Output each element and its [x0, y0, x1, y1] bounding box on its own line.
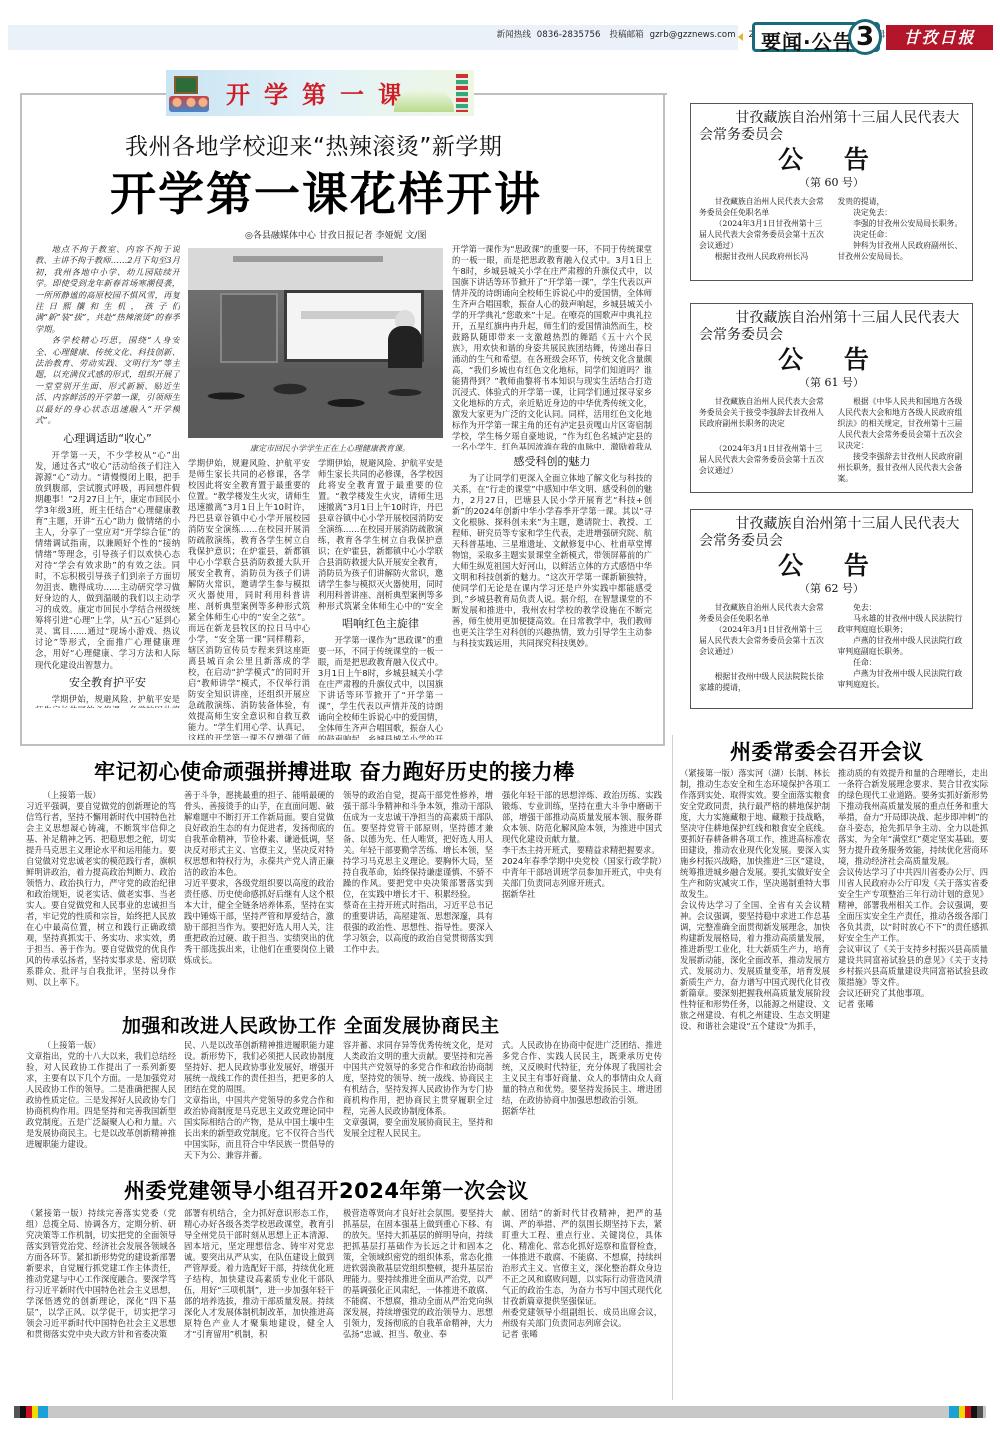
newspaper-logo: 甘孜日报	[886, 25, 993, 50]
photo-banner-strip	[233, 256, 383, 262]
article-body: （紧接第一版）持续完善落实党委（党组）总揽全局、协调各方，定期分析、研究决策等工…	[26, 1208, 176, 1340]
notice-text: （2024年3月1日甘孜州第十三届人民代表大会常务委员会第十五次会议通过）	[699, 218, 826, 251]
article-body: （紧接第一版）落实河（湖）长制、林长制，推动生态安全和生态环境保护各项工作落到实…	[680, 768, 830, 1032]
section-body: 开学第一课作为“思政课”的重要一环，不同于传统课堂的一板一眼，而是把思政教育融入…	[452, 244, 652, 450]
article-body: 式。人民政协在协商中促进广泛团结、推进多党合作、实践人民民主，既秉承历史传统，又…	[502, 1040, 662, 1117]
classroom-photo	[188, 248, 443, 438]
article-body: 领导的政治自觉，提高干部党性修养，增强干部斗争精神和斗争本领，推动干部队伍成为一…	[343, 790, 493, 955]
article-3-column-3: 极营造尊贤向才良好社会氛围。要坚持大抓基层，在固本强基上做到重心下移、有的放矢。…	[343, 1208, 493, 1398]
article-1-column-2: 善于斗争，愿挑最重的担子、能啃最硬的骨头、善接烫手的山芋，在直面问题、破解难题中…	[184, 790, 334, 1000]
hotline-number: 0836-2835756	[537, 30, 601, 40]
notice-title: 公 告	[699, 146, 964, 174]
notice-number: （第 61 号）	[699, 374, 964, 390]
column-divider	[672, 735, 673, 1400]
notice-org: 甘孜藏族自治州第十三届人民代表大会常务委员会	[699, 110, 964, 144]
notice-text: 根据甘孜州中级人民法院院长徐家雄的提请，	[699, 671, 826, 693]
article-2-column-4: 式。人民政协在协商中促进广泛团结、推进多党合作、实践人民民主，既秉承历史传统，又…	[502, 1040, 662, 1164]
photo-blackboard	[220, 293, 278, 363]
banner-title: 开学第一课	[226, 75, 416, 110]
notice-text: 决定任命：	[838, 229, 965, 240]
notice-text: （2024年3月1日甘孜州第十三届人民代表大会常务委员会第十五次会议通过）	[699, 624, 826, 657]
grass-illustration-icon	[394, 90, 454, 112]
article-title: 州委党建领导小组召开2024年第一次会议	[124, 1175, 528, 1205]
article-title: 州委常委会召开会议	[730, 736, 924, 766]
feature-headline: 开学第一课花样开讲	[110, 158, 542, 224]
notice-62: 甘孜藏族自治州第十三届人民代表大会常务委员会 公 告 （第 62 号） 甘孜藏族…	[690, 509, 973, 709]
article-body: （上接第一版） 文章指出，党的十八大以来，我们总结经验，对人民政协工作提出了一系…	[26, 1040, 176, 1150]
feature-column-4: 开学第一课作为“思政课”的重要一环，不同于传统课堂的一板一眼，而是把思政教育融入…	[452, 244, 652, 744]
color-swatch	[977, 1406, 983, 1418]
notice-title: 公 告	[699, 346, 964, 374]
article-3-column-2: 部署有机结合，全力抓好意识形态工作，精心办好各级各类学校思政课堂，教育引导全州党…	[184, 1208, 334, 1398]
notice-text: 决定免去：	[838, 207, 965, 218]
notice-61: 甘孜藏族自治州第十三届人民代表大会常务委员会 公 告 （第 61 号） 甘孜藏族…	[690, 303, 973, 493]
lead-paragraph: 各学校精心巧思，围绕“人身安全、心理健康、传统文化、科技创新、法治教育、劳动实践…	[35, 335, 180, 426]
notice-text: 卢燕为甘孜州中级人民法院行政审判庭庭长。	[838, 668, 965, 690]
notice-text: 马永雄的甘孜州中级人民法院行政审判庭庭长职务；	[838, 613, 965, 635]
feature-column-2: 学期伊始，规避风险、护航平安是师生家长共同的必修课，各学校因此将安全教育置于最重…	[188, 458, 310, 740]
section-label: 要闻·公告	[761, 26, 854, 55]
section-body: 开学第一课作为“思政课”的重要一环，不同于传统课堂的一板一眼，而是把思政教育融入…	[318, 635, 443, 740]
arrow-left-icon	[738, 33, 743, 41]
email-address[interactable]: gzrb@gzznews.com	[650, 30, 736, 40]
notice-text: 根据《中华人民共和国地方各级人民代表大会和地方各级人民政府组织法》的相关规定，甘…	[838, 396, 965, 451]
feature-column-1: 地点不拘于教室、内容不拘于说教、主讲不拘于教师……2月下旬至3月初，我州各地中小…	[35, 244, 180, 744]
notice-org: 甘孜藏族自治州第十三届人民代表大会常务委员会	[699, 516, 964, 550]
article-2-column-3: 容并蓄、求同存异等优秀传统文化，是对人类政治文明的重大贡献。要坚持和完善中国共产…	[343, 1040, 493, 1164]
article-body: 民、八是以改革创新精神推进履职能力建设。新形势下，我们必须把人民政协制度坚持好、…	[184, 1040, 334, 1161]
notice-text: 甘孜藏族自治州人民代表大会常务委员会关于接受李强辞去甘孜州人民政府副州长职务的决…	[699, 396, 826, 429]
section-subhead: 安全教育护平安	[35, 675, 180, 691]
color-swatch	[38, 1406, 48, 1418]
masthead: 新闻热线 0836-2835756 投稿邮箱 gzrb@gzznews.com …	[8, 22, 993, 52]
notice-text: 李强的甘孜州公安局局长职务。	[838, 218, 965, 229]
notice-text: 根据甘孜州人民政府州长冯	[699, 251, 826, 262]
lead-paragraph: 地点不拘于教室、内容不拘于说教、主讲不拘于教师……2月下旬至3月初，我州各地中小…	[35, 244, 180, 335]
notice-text: 卢燕的甘孜州中级人民法院行政审判庭副庭长职务。	[838, 635, 965, 657]
article-body: 极营造尊贤向才良好社会氛围。要坚持大抓基层，在固本强基上做到重心下移、有的放矢。…	[343, 1208, 493, 1340]
article-body: 强化年轻干部的思想淬炼、政治历练、实践锻炼、专业训练，坚持在重大斗争中磨砺干部，…	[502, 790, 662, 900]
feature-banner: 开学第一课	[166, 70, 474, 116]
section-body: 学期伊始，规避风险、护航平安是师生家长共同的必修课，各学校因此将安全教育置于最重…	[318, 458, 443, 610]
feature-byline: ◎各县融媒体中心 甘孜日报记者 李娅妮 文/图	[245, 228, 426, 241]
article-body: 容并蓄、求同存异等优秀传统文化，是对人类政治文明的重大贡献。要坚持和完善中国共产…	[343, 1040, 493, 1139]
notice-text: 钟科为甘孜州人民政府副州长、甘孜州公安局局长。	[838, 240, 965, 262]
section-body: 开学第一天，不少学校从“心”出发，通过各式“收心”活动给孩子们注入源源“心”动力…	[35, 450, 180, 660]
section-subhead: 感受科创的魅力	[452, 454, 652, 470]
article-4-column-2: 推动质的有效提升和量的合理增长，走出一条符合新发展理念要求、契合甘孜实际的绿色现…	[838, 768, 988, 1400]
article-2-column-2: 民、八是以改革创新精神推进履职能力建设。新形势下，我们必须把人民政协制度坚持好、…	[184, 1040, 334, 1164]
article-title: 加强和改进人民政协工作 全面发展协商民主	[122, 1011, 500, 1038]
notice-text: （2024年3月1日甘孜州第十三届人民代表大会常务委员会第十五次会议通过）	[699, 443, 826, 476]
article-body: 善于斗争，愿挑最重的担子、能啃最硬的骨头、善接烫手的山芋，在直面问题、破解难题中…	[184, 790, 334, 966]
article-title: 牢记初心使命顽强拼搏进取 奋力跑好历史的接力棒	[94, 756, 575, 786]
article-1-column-3: 领导的政治自觉，提高干部党性修养，增强干部斗争精神和斗争本领，推动干部队伍成为一…	[343, 790, 493, 1000]
section-subhead: 心理调适助“收心”	[35, 431, 180, 447]
section-subhead: 唱响红色主旋律	[318, 616, 443, 632]
section-body: 现代化建设出智慧力。	[35, 660, 180, 671]
email-label: 投稿邮箱	[609, 30, 643, 40]
notice-60: 甘孜藏族自治州第十三届人民代表大会常务委员会 公 告 （第 60 号） 甘孜藏族…	[690, 103, 973, 281]
article-body: 推动质的有效提升和量的合理增长，走出一条符合新发展理念要求、契合甘孜实际的绿色现…	[838, 768, 988, 1010]
chalkboard-icon	[174, 76, 198, 94]
article-3-column-1: （紧接第一版）持续完善落实党委（党组）总揽全局、协调各方，定期分析、研究决策等工…	[26, 1208, 176, 1398]
notice-text: 发贵的提请，	[838, 196, 965, 207]
print-color-bar	[14, 1406, 986, 1418]
article-body: （上接第一版） 习近平强调，要自觉做党的创新理论的笃信笃行者，坚持不懈用新时代中…	[26, 790, 176, 988]
notice-text: 免去：	[838, 602, 965, 613]
article-1-column-1: （上接第一版） 习近平强调，要自觉做党的创新理论的笃信笃行者，坚持不懈用新时代中…	[26, 790, 176, 1000]
feature-kicker: 我州各地学校迎来“热辣滚烫”新学期	[125, 128, 502, 161]
article-3-column-4: 献、团结”的新时代甘孜精神，把严的基调、严的举措、严的氛围长期坚持下去，紧盯重大…	[502, 1208, 662, 1398]
notice-number: （第 62 号）	[699, 580, 964, 596]
notice-title: 公 告	[699, 552, 964, 580]
frame-top-line	[20, 93, 168, 95]
book-stack-icon	[456, 74, 468, 112]
photo-students	[188, 368, 443, 438]
notice-number: （第 60 号）	[699, 174, 964, 190]
article-body: 部署有机结合，全力抓好意识形态工作，精心办好各级各类学校思政课堂，教育引导全州党…	[184, 1208, 334, 1340]
section-body: 学期伊始，规避风险、护航平安是师生家长共同的必修课，各学校因此将安全教育置于最重…	[35, 694, 180, 708]
frame-top-line	[473, 93, 667, 95]
article-1-column-4: 强化年轻干部的思想淬炼、政治历练、实践锻炼、专业训练，坚持在重大斗争中磨砺干部，…	[502, 790, 662, 1000]
notice-org: 甘孜藏族自治州第十三届人民代表大会常务委员会	[699, 310, 964, 344]
hotline-label: 新闻热线	[497, 30, 531, 40]
article-4-column-1: （紧接第一版）落实河（湖）长制、林长制，推动生态安全和生态环境保护各项工作落到实…	[680, 768, 830, 1400]
notice-text: 甘孜藏族自治州人民代表大会常务委员会任免职名单	[699, 196, 826, 218]
photo-caption: 康定市回民小学学生正在上心理健康教育课。	[250, 443, 410, 454]
section-body: 为了让同学们更深入全面立体地了解文化与科技的关系，在“行走的课堂”中感知中华文明…	[452, 473, 652, 649]
children-illustration-icon	[169, 96, 209, 112]
notice-text: 任命：	[838, 657, 965, 668]
article-body: 献、团结”的新时代甘孜精神，把严的基调、严的举措、严的氛围长期坚持下去，紧盯重大…	[502, 1208, 662, 1340]
notice-text: 甘孜藏族自治州人民代表大会常务委员会任免职名单	[699, 602, 826, 624]
article-2-column-1: （上接第一版） 文章指出，党的十八大以来，我们总结经验，对人民政协工作提出了一系…	[26, 1040, 176, 1164]
section-body: 学期伊始，规避风险、护航平安是师生家长共同的必修课，各学校因此将安全教育置于最重…	[188, 458, 310, 740]
color-swatch	[949, 1406, 959, 1418]
page-number: 3	[848, 19, 882, 55]
feature-column-3: 学期伊始，规避风险、护航平安是师生家长共同的必修课，各学校因此将安全教育置于最重…	[318, 458, 443, 740]
notice-text: 接受李强辞去甘孜州人民政府副州长职务，报甘孜州人民代表大会备案。	[838, 451, 965, 484]
